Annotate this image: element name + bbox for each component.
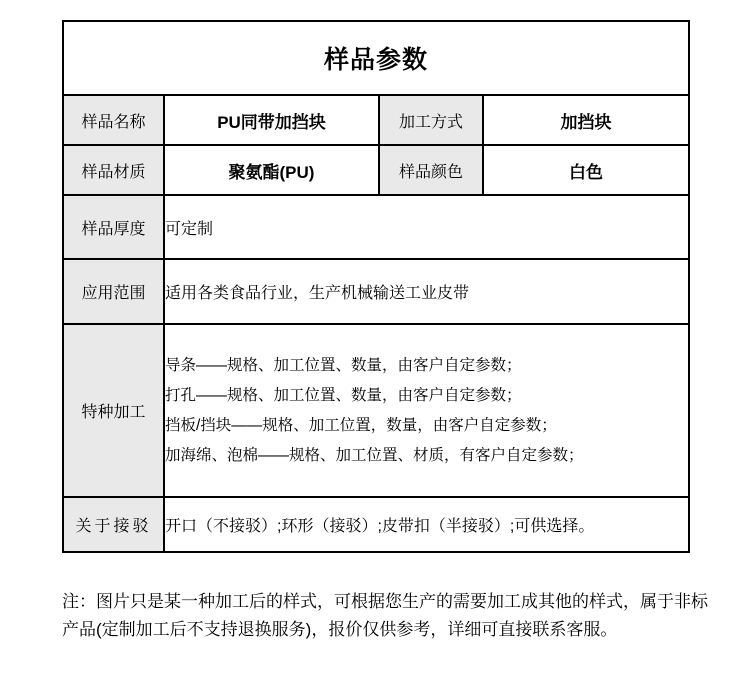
table-title: 样品参数 [63, 21, 689, 95]
label-processing-method: 加工方式 [379, 95, 483, 145]
label-sample-material: 样品材质 [63, 145, 164, 195]
value-application-range: 适用各类食品行业，生产机械输送工业皮带 [164, 259, 689, 324]
sample-parameters-table: 样品参数 样品名称 PU同带加挡块 加工方式 加挡块 样品材质 聚氨酯(PU) … [62, 20, 690, 553]
label-sample-name: 样品名称 [63, 95, 164, 145]
footnote-line-1: 注：图片只是某一种加工后的样式，可根据您生产的需要加工成其他的样式，属于非标 [62, 588, 722, 616]
special-processing-line-guide-strip: 导条——规格、加工位置、数量，由客户自定参数； [165, 351, 688, 381]
row-splicing: 关于接驳 开口（不接驳）;环形（接驳）;皮带扣（半接驳）;可供选择。 [63, 497, 689, 552]
value-sample-name: PU同带加挡块 [164, 95, 379, 145]
footnote-line-2: 产品(定制加工后不支持退换服务)，报价仅供参考，详细可直接联系客服。 [62, 616, 722, 644]
row-special-processing: 特种加工 导条——规格、加工位置、数量，由客户自定参数； 打孔——规格、加工位置… [63, 324, 689, 497]
footnote: 注：图片只是某一种加工后的样式，可根据您生产的需要加工成其他的样式，属于非标 产… [62, 588, 722, 644]
label-special-processing: 特种加工 [63, 324, 164, 497]
label-about-splicing: 关于接驳 [63, 497, 164, 552]
row-application: 应用范围 适用各类食品行业，生产机械输送工业皮带 [63, 259, 689, 324]
value-about-splicing: 开口（不接驳）;环形（接驳）;皮带扣（半接驳）;可供选择。 [164, 497, 689, 552]
special-processing-line-baffle: 挡板/挡块——规格、加工位置，数量，由客户自定参数； [165, 411, 688, 441]
value-sample-thickness: 可定制 [164, 195, 689, 259]
row-thickness: 样品厚度 可定制 [63, 195, 689, 259]
value-special-processing: 导条——规格、加工位置、数量，由客户自定参数； 打孔——规格、加工位置、数量，由… [164, 324, 689, 497]
title-row: 样品参数 [63, 21, 689, 95]
value-processing-method: 加挡块 [483, 95, 689, 145]
value-sample-material: 聚氨酯(PU) [164, 145, 379, 195]
special-processing-line-sponge-foam: 加海绵、泡棉——规格、加工位置、材质，有客户自定参数； [165, 441, 688, 471]
row-name-method: 样品名称 PU同带加挡块 加工方式 加挡块 [63, 95, 689, 145]
page: 样品参数 样品名称 PU同带加挡块 加工方式 加挡块 样品材质 聚氨酯(PU) … [0, 0, 750, 690]
row-material-color: 样品材质 聚氨酯(PU) 样品颜色 白色 [63, 145, 689, 195]
value-sample-color: 白色 [483, 145, 689, 195]
label-sample-thickness: 样品厚度 [63, 195, 164, 259]
special-processing-line-punching: 打孔——规格、加工位置、数量，由客户自定参数； [165, 381, 688, 411]
label-sample-color: 样品颜色 [379, 145, 483, 195]
label-application-range: 应用范围 [63, 259, 164, 324]
